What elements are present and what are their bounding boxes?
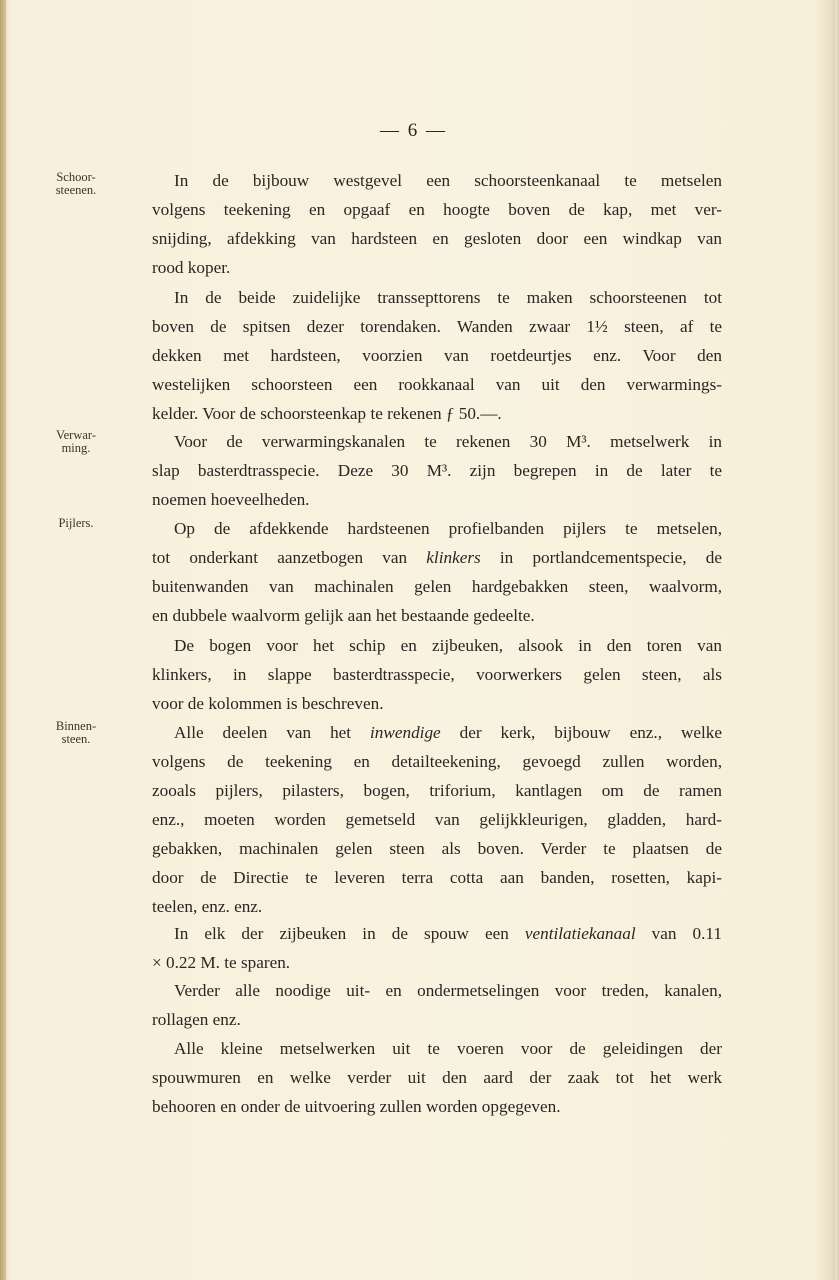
text-line: zooals pijlers, pilasters, bogen, trifor… — [132, 776, 722, 805]
margin-note-line: steenen. — [40, 184, 112, 197]
text-line: dekken met hardsteen, voorzien van roetd… — [132, 341, 722, 370]
text-line: volgens de teekening en detailteekening,… — [132, 747, 722, 776]
text-line: teelen, enz. enz. — [132, 892, 722, 921]
italic-term: inwendige — [370, 723, 441, 742]
paragraph-ventilatiekanaal: In elk der zijbeuken in de spouw een ven… — [132, 919, 722, 977]
text-line: De bogen voor het schip en zijbeuken, al… — [132, 631, 722, 660]
text-line: buitenwanden van machinalen gelen hardge… — [132, 572, 722, 601]
text-line: Alle kleine metselwerken uit te voeren v… — [132, 1034, 722, 1063]
margin-note-pijlers: Pijlers. — [40, 517, 112, 530]
text-line: noemen hoeveelheden. — [132, 485, 722, 514]
text-line: Voor de verwarmingskanalen te rekenen 30… — [132, 427, 722, 456]
margin-note-verwarming: Verwar- ming. — [40, 429, 112, 455]
paragraph-ondermetselingen: Verder alle noodige uit- en ondermetseli… — [132, 976, 722, 1034]
text-line: snijding, afdekking van hardsteen en ges… — [132, 224, 722, 253]
text-line: rood koper. — [132, 253, 722, 282]
margin-note-line: steen. — [40, 733, 112, 746]
text-line: westelijken schoorsteen een rookkanaal v… — [132, 370, 722, 399]
italic-term: ventilatiekanaal — [525, 924, 636, 943]
scanned-page: — 6 — Schoor- steenen. Verwar- ming. Pij… — [0, 0, 839, 1280]
text-line: kelder. Voor de schoorsteenkap te rekene… — [132, 399, 722, 428]
text-line: × 0.22 M. te sparen. — [132, 948, 722, 977]
text-line: tot onderkant aanzetbogen van klinkers i… — [132, 543, 722, 572]
paragraph-inwendige: Alle deelen van het inwendige der kerk, … — [132, 718, 722, 921]
margin-note-line: Pijlers. — [40, 517, 112, 530]
text-line: slap basterdtrasspecie. Deze 30 M³. zijn… — [132, 456, 722, 485]
text-line: spouwmuren en welke verder uit den aard … — [132, 1063, 722, 1092]
text-line: In de beide zuidelijke transsepttorens t… — [132, 283, 722, 312]
text-line: Alle deelen van het inwendige der kerk, … — [132, 718, 722, 747]
italic-term: klinkers — [426, 548, 480, 567]
paragraph-kleine-metselwerken: Alle kleine metselwerken uit te voeren v… — [132, 1034, 722, 1121]
paragraph-schoorsteenkanaal: In de bijbouw westgevel een schoorsteenk… — [132, 166, 722, 282]
text-line: en dubbele waalvorm gelijk aan het besta… — [132, 601, 722, 630]
margin-note-line: ming. — [40, 442, 112, 455]
margin-note-schoorsteenen: Schoor- steenen. — [40, 171, 112, 197]
text-line: klinkers, in slappe basterdtrasspecie, v… — [132, 660, 722, 689]
text-line: voor de kolommen is beschreven. — [132, 689, 722, 718]
text-line: rollagen enz. — [132, 1005, 722, 1034]
text-line: enz., moeten worden gemetseld van gelijk… — [132, 805, 722, 834]
paragraph-bogen: De bogen voor het schip en zijbeuken, al… — [132, 631, 722, 718]
text-line: door de Directie te leveren terra cotta … — [132, 863, 722, 892]
page-right-edge — [835, 0, 839, 1280]
text-line: volgens teekening en opgaaf en hoogte bo… — [132, 195, 722, 224]
page-number: — 6 — — [380, 120, 480, 142]
text-line: In de bijbouw westgevel een schoorsteenk… — [132, 166, 722, 195]
text-line: boven de spitsen dezer torendaken. Wande… — [132, 312, 722, 341]
text-line: In elk der zijbeuken in de spouw een ven… — [132, 919, 722, 948]
text-line: gebakken, machinalen gelen steen als bov… — [132, 834, 722, 863]
paragraph-pijlers: Op de afdekkende hardsteenen profielband… — [132, 514, 722, 630]
margin-note-binnensteen: Binnen- steen. — [40, 720, 112, 746]
text-line: Op de afdekkende hardsteenen profielband… — [132, 514, 722, 543]
paragraph-verwarmingskanalen: Voor de verwarmingskanalen te rekenen 30… — [132, 427, 722, 514]
text-line: behooren en onder de uitvoering zullen w… — [132, 1092, 722, 1121]
text-line: Verder alle noodige uit- en ondermetseli… — [132, 976, 722, 1005]
page-binding-edge — [0, 0, 6, 1280]
paragraph-transsepttorens: In de beide zuidelijke transsepttorens t… — [132, 283, 722, 428]
